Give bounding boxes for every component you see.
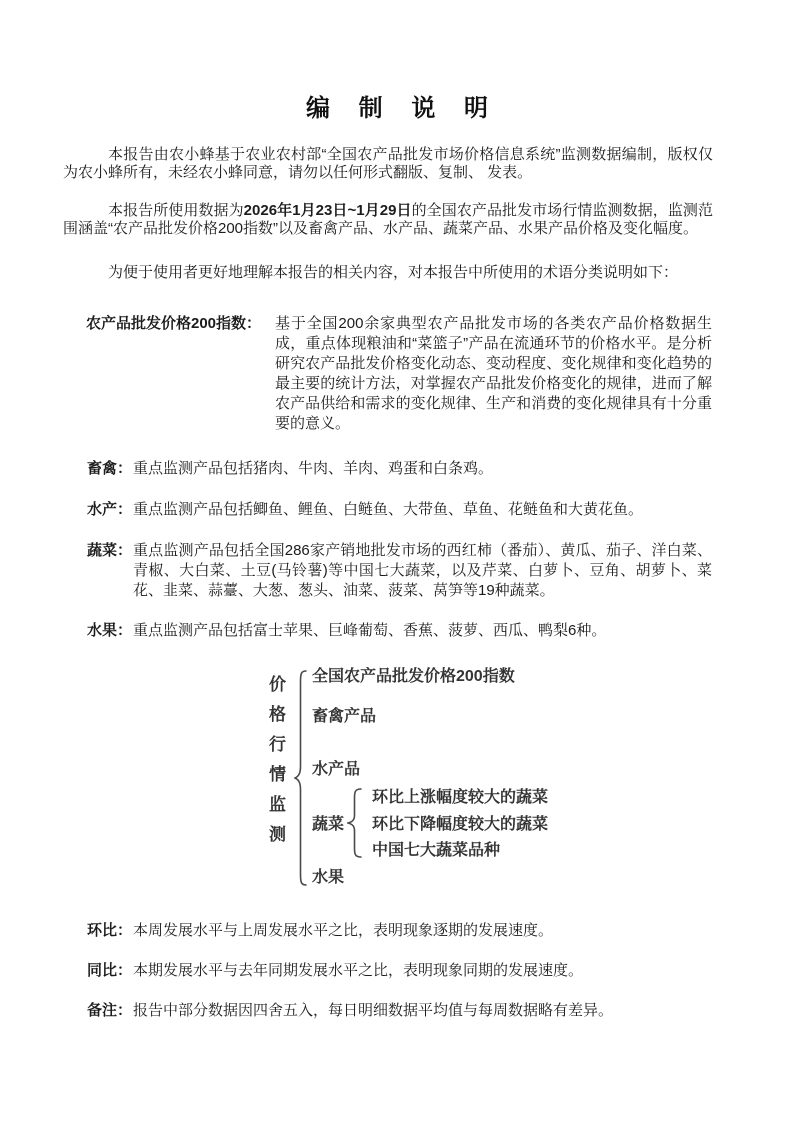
document-page: 编 制 说 明 本报告由农小蜂基于农业农村部“全国农产品批发市场价格信息系统”监… bbox=[0, 0, 794, 1123]
footnote-label: 环比： bbox=[87, 921, 133, 941]
footnote-text: 本期发展水平与去年同期发展水平之比，表明现象同期的发展速度。 bbox=[133, 961, 727, 981]
term-text: 重点监测产品包括全国286家产销地批发市场的西红柿（番茄）、黄瓜、茄子、洋白菜、… bbox=[133, 541, 712, 601]
sub-branch-veg-falling: 环比下降幅度较大的蔬菜 bbox=[372, 816, 548, 834]
term-label: 畜禽： bbox=[87, 459, 133, 479]
footnote-remark: 备注： 报告中部分数据因四舍五入，每日明细数据平均值与每周数据略有差异。 bbox=[87, 1001, 727, 1021]
sub-branch-seven-vegetables: 中国七大蔬菜品种 bbox=[372, 842, 500, 860]
footnote-text: 报告中部分数据因四舍五入，每日明细数据平均值与每周数据略有差异。 bbox=[133, 1001, 727, 1021]
root-char: 情 bbox=[269, 766, 286, 783]
root-char: 价 bbox=[269, 676, 286, 693]
term-row-vegetable: 蔬菜： 重点监测产品包括全国286家产销地批发市场的西红柿（番茄）、黄瓜、茄子、… bbox=[87, 541, 712, 601]
page-title: 编 制 说 明 bbox=[0, 88, 794, 123]
paragraph-terms-intro: 为便于使用者更好地理解本报告的相关内容，对本报告中所使用的术语分类说明如下： bbox=[63, 264, 713, 282]
term-text: 重点监测产品包括猪肉、牛肉、羊肉、鸡蛋和白条鸡。 bbox=[133, 459, 712, 479]
footnote-text: 本周发展水平与上周发展水平之比，表明现象逐期的发展速度。 bbox=[133, 921, 727, 941]
footnote-yoy: 同比： 本期发展水平与去年同期发展水平之比，表明现象同期的发展速度。 bbox=[87, 961, 727, 981]
branch-livestock-products: 畜禽产品 bbox=[312, 708, 376, 726]
branch-vegetables: 蔬菜 bbox=[312, 816, 344, 834]
term-row-fruit: 水果： 重点监测产品包括富士苹果、巨峰葡萄、香蕉、菠萝、西瓜、鸭梨6种。 bbox=[87, 621, 712, 641]
sub-branch-veg-rising: 环比上涨幅度较大的蔬菜 bbox=[372, 789, 548, 807]
root-char: 行 bbox=[269, 736, 286, 753]
price-monitoring-diagram: 价 格 行 情 监 测 全国农产品批发价格200指数 畜禽产品 水产品 蔬菜 水… bbox=[0, 650, 794, 900]
footnote-label: 同比： bbox=[87, 961, 133, 981]
term-label: 水产： bbox=[87, 500, 133, 520]
diagram-root-label: 价 格 行 情 监 测 bbox=[269, 676, 286, 843]
footnote-label: 备注： bbox=[87, 1001, 133, 1021]
branch-fruits: 水果 bbox=[312, 869, 344, 887]
term-row-aquatic: 水产： 重点监测产品包括鲫鱼、鲤鱼、白鲢鱼、大带鱼、草鱼、花鲢鱼和大黄花鱼。 bbox=[87, 500, 712, 520]
paragraph-data-scope: 本报告所使用数据为2026年1月23日~1月29日的全国农产品批发市场行情监测数… bbox=[63, 202, 713, 238]
brace-vegetable-icon bbox=[347, 788, 363, 858]
root-char: 监 bbox=[269, 796, 286, 813]
term-row-livestock: 畜禽： 重点监测产品包括猪肉、牛肉、羊肉、鸡蛋和白条鸡。 bbox=[87, 459, 712, 479]
footnote-mom: 环比： 本周发展水平与上周发展水平之比，表明现象逐期的发展速度。 bbox=[87, 921, 727, 941]
scope-prefix: 本报告所使用数据为 bbox=[108, 202, 244, 219]
branch-price-index: 全国农产品批发价格200指数 bbox=[312, 668, 515, 686]
definition-price-index-200: 农产品批发价格200指数： 基于全国200余家典型农产品批发市场的各类农产品价格… bbox=[86, 314, 712, 434]
definition-term: 农产品批发价格200指数： bbox=[86, 314, 275, 434]
branch-aquatic-products: 水产品 bbox=[312, 761, 360, 779]
root-char: 格 bbox=[269, 706, 286, 723]
brace-main-icon bbox=[294, 670, 308, 886]
term-label: 水果： bbox=[87, 621, 133, 641]
paragraph-copyright: 本报告由农小蜂基于农业农村部“全国农产品批发市场价格信息系统”监测数据编制，版权… bbox=[63, 146, 713, 182]
root-char: 测 bbox=[269, 826, 286, 843]
report-period: 2026年1月23日~1月29日 bbox=[244, 202, 412, 219]
term-text: 重点监测产品包括富士苹果、巨峰葡萄、香蕉、菠萝、西瓜、鸭梨6种。 bbox=[133, 621, 712, 641]
term-text: 重点监测产品包括鲫鱼、鲤鱼、白鲢鱼、大带鱼、草鱼、花鲢鱼和大黄花鱼。 bbox=[133, 500, 712, 520]
term-label: 蔬菜： bbox=[87, 541, 133, 601]
definition-text: 基于全国200余家典型农产品批发市场的各类农产品价格数据生成，重点体现粮油和“菜… bbox=[275, 314, 712, 434]
